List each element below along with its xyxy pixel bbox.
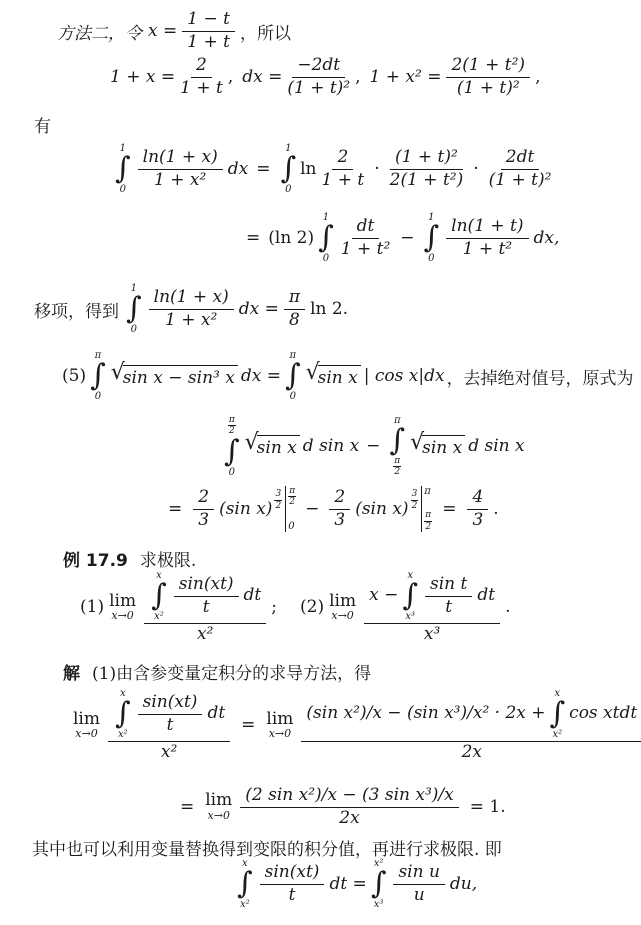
denominator: 2: [425, 522, 431, 532]
numerator: (sin x²)/x − (sin x³)/x² · 2x + x ∫ x² c…: [301, 688, 641, 742]
example-label: 例 17.9: [63, 546, 128, 571]
limit: lim x→0: [109, 593, 136, 622]
numerator: sin u: [393, 863, 444, 885]
numerator: 2: [191, 56, 212, 78]
fraction: 2(1 + t²) (1 + t)²: [446, 56, 530, 98]
differential: dx: [228, 159, 248, 179]
integral: π ∫ π 2: [389, 415, 405, 478]
fraction: 4 3: [467, 488, 488, 530]
denominator: 2: [394, 467, 400, 477]
comma: ,: [535, 67, 540, 87]
lower-bound: 0: [95, 391, 101, 402]
lower-bound: 0: [290, 391, 296, 402]
denominator: 1 + x²: [165, 310, 217, 331]
integral-sign: ∫: [285, 361, 301, 391]
equals-sign: =: [180, 797, 194, 817]
numerator: 2: [329, 488, 350, 510]
solution-heading: 解 (1)由含参变量定积分的求导方法，得: [63, 659, 371, 684]
big-fraction: x ∫ x² sin(xt) t dt x²: [108, 688, 230, 763]
fraction: sin t t: [425, 575, 472, 617]
denominator: 2: [289, 497, 295, 507]
fraction: 1 − t 1 + t: [182, 10, 235, 52]
numerator: ln(1 + x): [138, 148, 223, 170]
x-minus-term: x −: [369, 586, 398, 606]
limit-word: lim: [266, 711, 293, 729]
limit-word: lim: [73, 711, 100, 729]
denominator: (1 + t)²: [287, 78, 350, 99]
derivation-rowB: = lim x→0 (2 sin x²)/x − (3 sin x³)/x 2x…: [180, 786, 512, 828]
numerator: 4: [467, 488, 488, 510]
fraction: (1 + t)² 2(1 + t²): [390, 148, 464, 190]
differential-equals: dx =: [239, 299, 279, 319]
integral-sign: ∫: [90, 361, 106, 391]
fraction: sin(xt) t: [260, 863, 325, 905]
fraction: sin(xt) t: [174, 575, 239, 617]
lower-bound: 0: [285, 184, 291, 195]
numerator: x ∫ x² sin(xt) t dt: [108, 688, 230, 742]
fraction: ln(1 + x) 1 + x²: [138, 148, 223, 190]
limit-word: lim: [329, 593, 356, 611]
lower-limit-fraction: π 2: [424, 510, 432, 532]
minus-sign: −: [366, 436, 380, 456]
text: 有: [34, 112, 51, 137]
problem-1: (1) lim x→0 x ∫ x² sin(xt) t dt x² ;: [80, 570, 277, 645]
textbook-page: 方法二，令 x = 1 − t 1 + t ，所以 1 + x = 2 1 + …: [0, 0, 641, 925]
eq-lhs: 1 + x² =: [370, 67, 442, 87]
fraction: ln(1 + x) 1 + x²: [149, 288, 234, 330]
integral-sign: ∫: [115, 699, 131, 729]
lower-bound: 0: [229, 467, 235, 478]
integral: π ∫ 0: [285, 350, 301, 402]
evaluation-limits: π 2 0: [286, 486, 296, 532]
integral-sign: ∫: [115, 154, 131, 184]
integral: π 2 ∫ 0: [224, 415, 240, 478]
integral: 1 ∫ 0: [115, 143, 131, 195]
numerator: dt: [352, 217, 380, 239]
derivative-terms: (sin x²)/x − (sin x³)/x² · 2x +: [306, 704, 545, 724]
denominator: 1 + x²: [154, 170, 206, 191]
fraction: (2 sin x²)/x − (3 sin x³)/x 2x: [240, 786, 458, 828]
fraction: dt 1 + t²: [341, 217, 391, 259]
numerator: x ∫ x² sin(xt) t dt: [144, 570, 266, 624]
exponent-fraction: 3 2: [411, 489, 419, 511]
text: ，去掉绝对值号，原式为: [447, 364, 634, 389]
integral: x ∫ x²: [237, 858, 253, 910]
limit-word: lim: [205, 792, 232, 810]
denominator: x²: [197, 624, 213, 645]
numerator: π: [393, 456, 401, 467]
item5-line: (5) π ∫ 0 √ sin x − sin³ x dx = π ∫ 0 √ …: [62, 350, 634, 402]
final-substitution-line: x ∫ x² sin(xt) t dt = x² ∫ x³ sin u u du…: [235, 858, 477, 910]
denominator: x³: [424, 624, 440, 645]
denominator: 2x: [462, 742, 482, 763]
you-line: 有: [34, 112, 51, 137]
split-integrals-line: π 2 ∫ 0 √ sin x d sin x − π ∫ π 2 √ sin …: [222, 415, 525, 478]
denominator: 1 + t: [322, 170, 365, 191]
integral: 1 ∫ 0: [318, 212, 334, 264]
numerator: 3: [274, 489, 282, 500]
lower-bound: 0: [323, 253, 329, 264]
radicand: sin x: [422, 435, 465, 458]
limit-subscript: x→0: [75, 728, 97, 740]
denominator: 3: [472, 510, 483, 531]
lower-bound: x²: [553, 729, 563, 740]
numerator: 3: [411, 489, 419, 500]
integral-sign: ∫: [550, 699, 566, 729]
radicand: sin x: [318, 365, 361, 388]
integral-sign: ∫: [402, 581, 418, 611]
numerator: π: [424, 510, 432, 521]
integral-sign: ∫: [280, 154, 296, 184]
differential-equals: dx =: [241, 366, 281, 386]
lower-bound: x²: [240, 899, 250, 910]
differential: du,: [450, 874, 477, 894]
upper-limit: π: [424, 486, 432, 497]
big-fraction: (sin x²)/x − (sin x³)/x² · 2x + x ∫ x² c…: [301, 688, 641, 763]
integral-sign: ∫: [371, 869, 387, 899]
integral-sign: ∫: [224, 437, 240, 467]
big-fraction: x − x ∫ x³ sin t t dt x³: [364, 570, 500, 645]
denominator: t: [167, 715, 174, 736]
lower-bound: x²: [154, 611, 164, 622]
comma: ,: [355, 67, 360, 87]
denominator: (1 + t)²: [457, 78, 520, 99]
lower-limit: 0: [288, 521, 296, 532]
numerator: −2dt: [292, 56, 345, 78]
denominator: 1 + t²: [463, 239, 513, 260]
evaluation-bar: π π 2: [421, 486, 432, 532]
denominator: t: [203, 597, 210, 618]
numerator: 2dt: [501, 148, 540, 170]
lower-bound: x³: [374, 899, 384, 910]
multiplication-dot: ·: [473, 159, 478, 179]
method2-intro: 方法二，令: [57, 19, 142, 44]
numerator: (1 + t)²: [390, 148, 463, 170]
integral-sign: ∫: [237, 869, 253, 899]
fraction: 2 1 + t: [322, 148, 365, 190]
big-fraction: x ∫ x² sin(xt) t dt x²: [144, 570, 266, 645]
denominator: 2(1 + t²): [390, 170, 464, 191]
denominator: 2x: [339, 808, 359, 829]
denominator: 3: [334, 510, 345, 531]
eq-lhs: dx =: [242, 67, 282, 87]
integral: 1 ∫ 0: [126, 283, 142, 335]
numerator: sin(xt): [138, 693, 203, 715]
sqrt: √ sin x − sin³ x: [111, 365, 238, 388]
differential: d sin x: [303, 436, 359, 456]
numerator: sin(xt): [260, 863, 325, 885]
integral-sign: ∫: [424, 223, 440, 253]
minus-sign: −: [305, 499, 319, 519]
equation1-rowB: = (ln 2) 1 ∫ 0 dt 1 + t² − 1 ∫ 0 ln(1 + …: [246, 212, 559, 264]
shift-terms-line: 移项，得到 1 ∫ 0 ln(1 + x) 1 + x² dx = π 8 ln…: [34, 283, 348, 335]
denominator: 2: [275, 501, 281, 511]
denominator: 1 + t: [187, 32, 230, 53]
integral: x ∫ x²: [550, 688, 566, 740]
limit: lim x→0: [266, 711, 293, 740]
numerator: ln(1 + x): [149, 288, 234, 310]
denominator: 2: [412, 501, 418, 511]
method2-line: 方法二，令 x = 1 − t 1 + t ，所以: [57, 10, 291, 52]
limit-subscript: x→0: [331, 610, 353, 622]
limit-subscript: x→0: [208, 810, 230, 822]
integral: x² ∫ x³: [371, 858, 387, 910]
problem-label: (1): [80, 597, 104, 617]
integral: x ∫ x²: [115, 688, 131, 740]
upper-limit-fraction: π 2: [288, 486, 296, 508]
lower-bound: 0: [428, 253, 434, 264]
denominator: 1 + t²: [341, 239, 391, 260]
fraction: ln(1 + t) 1 + t²: [446, 217, 528, 259]
denominator: t: [445, 597, 452, 618]
integral: 1 ∫ 0: [280, 143, 296, 195]
derivation-rowA: lim x→0 x ∫ x² sin(xt) t dt x² = lim x→0: [70, 688, 641, 763]
note-line: 其中也可以利用变量替换得到变限的积分值，再进行求极限. 即: [32, 835, 502, 860]
numerator: sin(xt): [174, 575, 239, 597]
text: 移项，得到: [34, 297, 119, 322]
example-heading: 例 17.9 求极限.: [63, 546, 196, 571]
result: ln 2.: [310, 299, 348, 319]
period: .: [493, 499, 498, 519]
ln2-factor: (ln 2): [268, 228, 314, 248]
text: 其中也可以利用变量替换得到变限的积分值，再进行求极限. 即: [32, 835, 502, 860]
lower-bound: 0: [131, 324, 137, 335]
minus-sign: −: [400, 228, 414, 248]
evaluation-limits: π π 2: [422, 486, 432, 532]
integral: 1 ∫ 0: [424, 212, 440, 264]
sin-power-base: (sin x): [219, 499, 272, 519]
fraction: π 8: [284, 288, 305, 330]
numerator: 2(1 + t²): [446, 56, 530, 78]
item-label: (5): [62, 366, 86, 386]
differential: d sin x: [468, 436, 524, 456]
limit-subscript: x→0: [269, 728, 291, 740]
numerator: 1 − t: [182, 10, 235, 32]
fraction: sin u u: [393, 863, 444, 905]
sin-power-base: (sin x): [355, 499, 408, 519]
equals-sign: =: [246, 228, 260, 248]
comma: ,: [228, 67, 233, 87]
evaluation-line: = 2 3 (sin x) 3 2 π 2 0 − 2 3 (sin x): [168, 486, 499, 532]
denominator: 8: [289, 310, 300, 331]
denominator: u: [414, 885, 425, 906]
fraction: 2 1 + t: [180, 56, 223, 98]
denominator: 3: [198, 510, 209, 531]
integral: x ∫ x³: [402, 570, 418, 622]
sqrt: √ sin x: [306, 365, 361, 388]
problem-label: (2): [300, 597, 324, 617]
fraction: sin(xt) t: [138, 693, 203, 735]
limit: lim x→0: [205, 792, 232, 821]
exponent-fraction: 3 2: [274, 489, 282, 511]
numerator: sin t: [425, 575, 472, 597]
sqrt: √ sin x: [410, 435, 465, 458]
differential: dt: [244, 586, 262, 606]
problem-2: (2) lim x→0 x − x ∫ x³ sin t t dt x³ .: [300, 570, 510, 645]
multiplication-dot: ·: [374, 159, 379, 179]
equals-sign: =: [241, 715, 255, 735]
solution-text: (1)由含参变量定积分的求导方法，得: [92, 659, 371, 684]
substitution-line: 1 + x = 2 1 + t , dx = −2dt (1 + t)² , 1…: [110, 56, 540, 98]
differential: dt: [207, 704, 225, 724]
limit: lim x→0: [329, 593, 356, 622]
solution-label: 解: [63, 659, 80, 684]
differential: dt: [477, 586, 495, 606]
method2-lhs: x =: [148, 21, 177, 41]
lower-bound-fraction: π 2: [393, 456, 401, 478]
integral-sign: ∫: [126, 294, 142, 324]
eq-lhs: 1 + x =: [110, 67, 175, 87]
differential-equals: dt =: [329, 874, 366, 894]
evaluation-bar: π 2 0: [285, 486, 296, 532]
integral: π ∫ 0: [90, 350, 106, 402]
abs-cos-term: | cos x|dx: [364, 366, 445, 386]
denominator: x²: [161, 742, 177, 763]
integral-sign: ∫: [318, 223, 334, 253]
result: = 1.: [470, 797, 506, 817]
equals-sign: =: [168, 499, 182, 519]
lower-bound: x²: [118, 729, 128, 740]
semicolon: ;: [271, 597, 277, 617]
integral-sign: ∫: [389, 426, 405, 456]
fraction: 2dt (1 + t)²: [489, 148, 552, 190]
radicand: sin x: [257, 435, 300, 458]
numerator: π: [284, 288, 305, 310]
numerator: π: [288, 486, 296, 497]
limit: lim x→0: [73, 711, 100, 740]
fraction: 2 3: [329, 488, 350, 530]
fraction: 2 3: [193, 488, 214, 530]
sqrt: √ sin x: [245, 435, 300, 458]
numerator: 2: [332, 148, 353, 170]
differential: dx,: [534, 228, 560, 248]
denominator: (1 + t)²: [489, 170, 552, 191]
integral: x ∫ x²: [151, 570, 167, 622]
numerator: ln(1 + t): [446, 217, 528, 239]
numerator: (2 sin x²)/x − (3 sin x³)/x: [240, 786, 458, 808]
fraction: −2dt (1 + t)²: [287, 56, 350, 98]
radicand: sin x − sin³ x: [123, 365, 238, 388]
numerator: x − x ∫ x³ sin t t dt: [364, 570, 500, 624]
ln-function: ln: [300, 159, 316, 179]
integral-sign: ∫: [151, 581, 167, 611]
denominator: t: [289, 885, 296, 906]
cos-term: cos xtdt: [569, 704, 637, 724]
limit-word: lim: [109, 593, 136, 611]
equals-sign: =: [256, 159, 270, 179]
denominator: 1 + t: [180, 78, 223, 99]
lower-bound: 0: [120, 184, 126, 195]
lower-bound: x³: [405, 611, 415, 622]
period: .: [505, 597, 510, 617]
example-text: 求极限.: [140, 546, 196, 571]
limit-subscript: x→0: [111, 610, 133, 622]
numerator: 2: [193, 488, 214, 510]
equation1-rowA: 1 ∫ 0 ln(1 + x) 1 + x² dx = 1 ∫ 0 ln 2 1…: [113, 143, 554, 195]
method2-outro: ，所以: [240, 19, 291, 44]
equals-sign: =: [442, 499, 456, 519]
numerator: π: [228, 415, 236, 426]
